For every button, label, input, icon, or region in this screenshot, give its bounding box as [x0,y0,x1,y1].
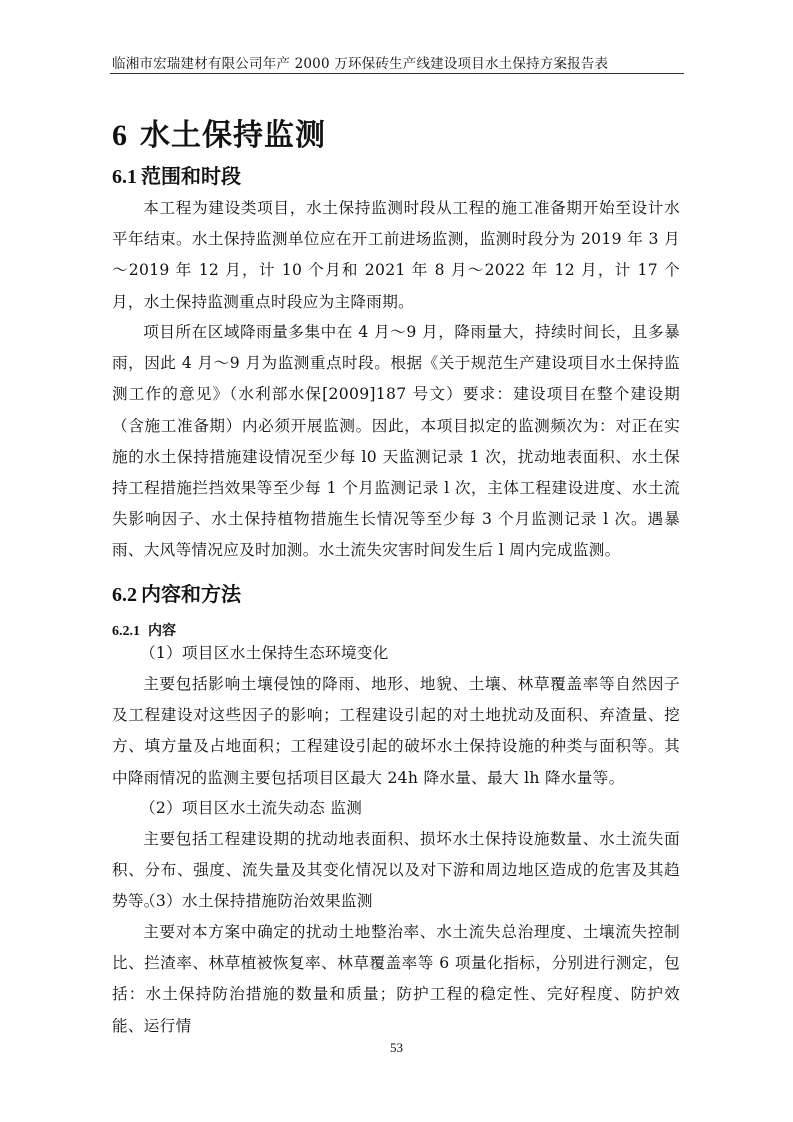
running-header: 临湘市宏瑞建材有限公司年产 2000 万环保砖生产线建设项目水土保持方案报告表 [112,52,682,72]
paragraph-monitoring-period: 本工程为建设类项目，水土保持监测时段从工程的施工准备期开始至设计水平年结束。水土… [112,193,680,318]
section-title: 内容和方法 [141,582,241,606]
item-text-1: 主要包括影响土壤侵蚀的降雨、地形、地貌、土壤、林草覆盖率等自然因子及工程建设对这… [112,669,680,794]
chapter-heading: 6水土保持监测 [112,110,326,154]
subsection-heading-6-2-1: 6.2.1内容 [112,620,176,640]
item-text-3: 主要对本方案中确定的扰动土地整治率、水土流失总治理度、土壤流失控制比、拦渣率、林… [112,917,680,1042]
subsection-number: 6.2.1 [112,624,140,639]
header-divider [110,73,684,74]
section-number: 6.2 [112,584,137,606]
section-number: 6.1 [112,166,137,188]
subsection-title: 内容 [148,623,176,639]
section-title: 范围和时段 [141,164,241,188]
section-heading-6-2: 6.2内容和方法 [112,578,241,607]
page-number: 53 [0,1040,793,1056]
item-label-1: （1）项目区水土保持生态环境变化 [140,638,389,669]
chapter-number: 6 [112,119,128,152]
paragraph-monitoring-frequency: 项目所在区域降雨量多集中在 4 月～9 月，降雨量大，持续时间长，且多暴雨，因此… [112,317,680,567]
item-label-3: （3）水土保持措施防治效果监测 [140,886,373,917]
section-heading-6-1: 6.1范围和时段 [112,160,241,189]
chapter-title: 水土保持监测 [140,118,326,153]
item-label-2: （2）项目区水土流失动态 监测 [140,793,362,824]
